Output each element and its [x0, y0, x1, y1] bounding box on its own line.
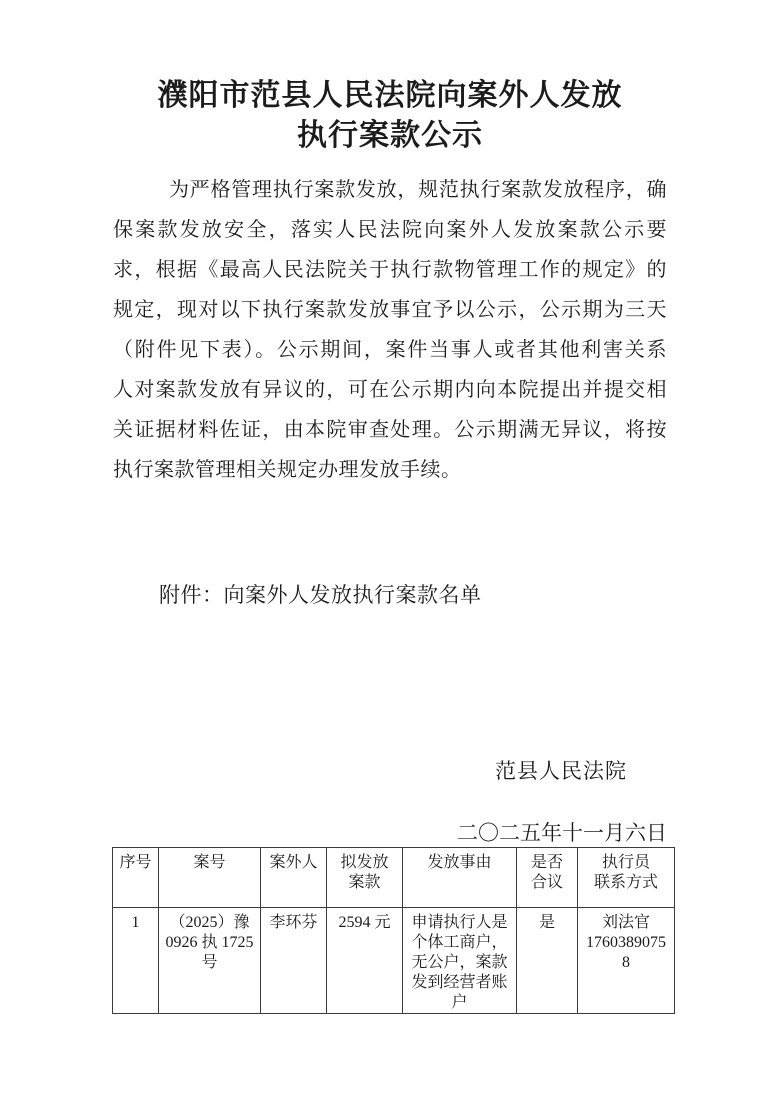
- doc-date: 二〇二五年十一月六日: [113, 819, 667, 847]
- attachment-note: 附件：向案外人发放执行案款名单: [113, 580, 667, 610]
- col-header-outsider: 案外人: [261, 848, 327, 908]
- table-row: 1 （2025）豫 0926 执 1725 号 李环芬 2594 元 申请执行人…: [113, 908, 675, 1014]
- col-header-deliberated: 是否 合议: [517, 848, 578, 908]
- cell-reason: 申请执行人是 个体工商户， 无公户，案款 发到经营者账 户: [403, 908, 517, 1014]
- col-header-reason: 发放事由: [403, 848, 517, 908]
- col-header-contact: 执行员 联系方式: [578, 848, 675, 908]
- cell-deliberated: 是: [517, 908, 578, 1014]
- doc-title-line-2: 执行案款公示: [0, 116, 780, 156]
- cell-seq: 1: [113, 908, 159, 1014]
- doc-title-line-1: 濮阳市范县人民法院向案外人发放: [0, 76, 780, 116]
- body-line: 保案款发放安全，落实人民法院向案外人发放案款公示要: [113, 210, 667, 250]
- cell-case-no: （2025）豫 0926 执 1725 号: [159, 908, 261, 1014]
- body-line: 为严格管理执行案款发放，规范执行案款发放程序，确: [113, 170, 667, 210]
- body-line: 规定，现对以下执行案款发放事宜予以公示，公示期为三天: [113, 290, 667, 330]
- payout-table: 序号 案号 案外人 拟发放 案款 发放事由 是否 合议 执行员 联系方式 1 （…: [112, 847, 675, 1014]
- doc-title: 濮阳市范县人民法院向案外人发放 执行案款公示: [0, 0, 780, 156]
- cell-outsider: 李环芬: [261, 908, 327, 1014]
- body-line: （附件见下表）。公示期间，案件当事人或者其他利害关系: [113, 330, 667, 370]
- body-line: 执行案款管理相关规定办理发放手续。: [113, 450, 667, 490]
- court-signature: 范县人民法院: [113, 756, 627, 786]
- body-paragraph: 为严格管理执行案款发放，规范执行案款发放程序，确 保案款发放安全，落实人民法院向…: [113, 170, 667, 490]
- col-header-case-no: 案号: [159, 848, 261, 908]
- body-line: 求，根据《最高人民法院关于执行款物管理工作的规定》的: [113, 250, 667, 290]
- body-line: 关证据材料佐证，由本院审查处理。公示期满无异议，将按: [113, 410, 667, 450]
- col-header-seq: 序号: [113, 848, 159, 908]
- body-line: 人对案款发放有异议的，可在公示期内向本院提出并提交相: [113, 370, 667, 410]
- cell-amount: 2594 元: [327, 908, 403, 1014]
- document-page: 濮阳市范县人民法院向案外人发放 执行案款公示 为严格管理执行案款发放，规范执行案…: [0, 0, 780, 1093]
- table-header-row: 序号 案号 案外人 拟发放 案款 发放事由 是否 合议 执行员 联系方式: [113, 848, 675, 908]
- cell-contact: 刘法官 1760389075 8: [578, 908, 675, 1014]
- col-header-amount: 拟发放 案款: [327, 848, 403, 908]
